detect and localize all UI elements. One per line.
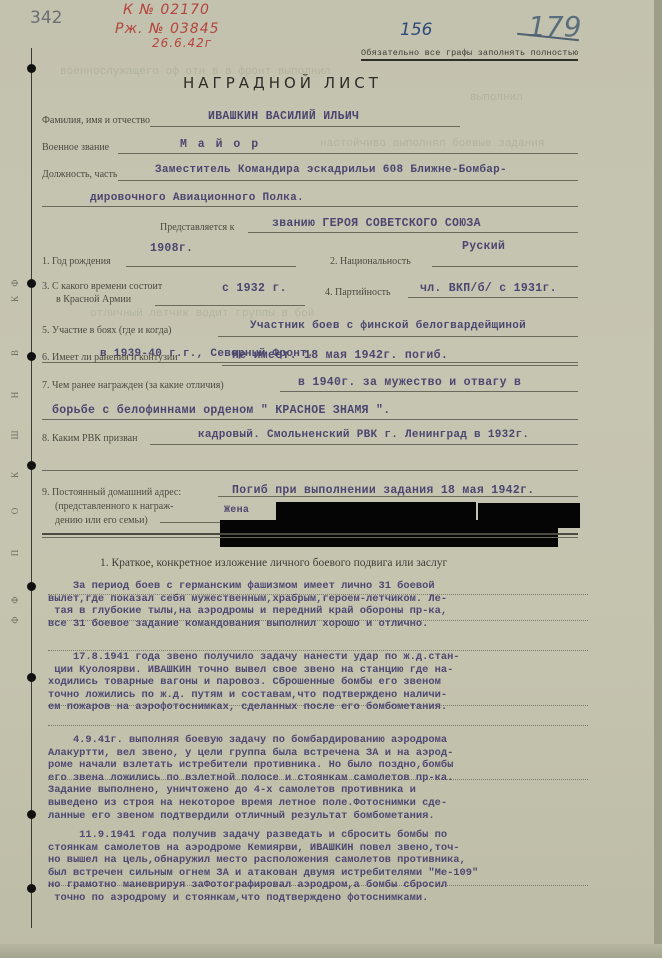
binding-hole <box>27 884 36 893</box>
page-number-ink: 156 <box>400 20 432 40</box>
paragraph: 17.8.1941 года звено получило задачу нан… <box>48 651 460 714</box>
position-value-line2: дировочного Авиационного Полка. <box>90 192 304 204</box>
binding-hole <box>27 279 36 288</box>
field-underline <box>222 365 578 366</box>
address-value-line2: Жена <box>224 505 249 516</box>
section-divider <box>42 537 578 538</box>
field-underline <box>118 180 578 181</box>
margin-letter: В <box>10 346 20 360</box>
margin-letter: К <box>10 468 20 482</box>
bleed-through: выполнил <box>470 92 523 104</box>
bleed-through: отличный летчик водит группы в бой <box>90 308 314 320</box>
field-underline <box>218 336 578 337</box>
field-underline <box>150 444 578 445</box>
margin-letter: Н <box>10 388 20 402</box>
birth-year-value: 1908г. <box>150 242 193 255</box>
army-since-label-cont: в Красной Армии <box>56 294 131 305</box>
army-since-label: 3. С какого времени состоит <box>42 281 162 292</box>
binding-hole <box>27 461 36 470</box>
battles-value-line1: Участник боев с финской белогвардейщиной <box>250 320 526 332</box>
binding-hole <box>27 352 36 361</box>
battles-label: 5. Участие в боях (где и когда) <box>42 325 172 336</box>
name-value: ИВАШКИН ВАСИЛИЙ ИЛЬИЧ <box>208 110 359 123</box>
field-underline <box>155 305 305 306</box>
rvk-label: 8. Каким РВК призван <box>42 433 137 444</box>
army-since-value: с 1932 г. <box>222 282 287 295</box>
birth-year-label: 1. Год рождения <box>42 256 111 267</box>
margin-letter: Ф <box>10 593 20 607</box>
address-label-cont2: дению или его семьи) <box>55 515 148 526</box>
rvk-value: кадровый. Смольненский РВК г. Ленинград … <box>198 429 529 441</box>
position-value-line1: Заместитель Командира эскадрильи 608 Бли… <box>155 164 507 176</box>
paragraph: 4.9.41г. выполняя боевую задачу по бомба… <box>48 734 453 822</box>
margin-letter: П <box>10 546 20 560</box>
margin-letter: Ш <box>10 428 20 442</box>
field-underline <box>248 232 578 233</box>
document-title: НАГРАДНОЙ ЛИСТ <box>183 74 382 92</box>
red-registration-note: К № 02170 <box>123 2 210 18</box>
bleed-through: настойчиво выполнял боевые задания <box>320 138 544 150</box>
red-registration-date: 26.6.42г <box>152 36 212 50</box>
binding-hole <box>27 673 36 682</box>
field-underline <box>118 153 578 154</box>
binding-hole <box>27 810 36 819</box>
awards-value-line1: в 1940г. за мужество и отвагу в <box>298 376 521 389</box>
section-heading: 1. Краткое, конкретное изложение личного… <box>100 557 447 569</box>
field-underline <box>280 391 578 392</box>
party-value: чл. ВКП/б/ с 1931г. <box>420 282 557 295</box>
field-underline <box>432 266 578 267</box>
address-label-cont: (представленного к награж- <box>55 501 173 512</box>
margin-letter: Ф <box>10 276 20 290</box>
archive-page-number: 342 <box>30 8 62 28</box>
field-underline <box>126 266 296 267</box>
ruled-line <box>48 725 588 726</box>
field-underline <box>42 470 578 471</box>
position-label: Должность, часть <box>42 169 117 180</box>
awards-value-line2: борьбе с белофиннами орденом " КРАСНОЕ З… <box>52 404 390 417</box>
form-instruction-notice: Обязательно все графы заполнять полность… <box>361 48 578 61</box>
field-underline <box>408 297 578 298</box>
paragraph: За период боев с германским фашизмом име… <box>48 580 447 630</box>
red-registration-note: Рж. № 03845 <box>115 21 220 37</box>
binding-margin-line <box>31 48 32 928</box>
page-edge-bottom <box>0 944 662 958</box>
nationality-label: 2. Национальность <box>330 256 411 267</box>
binding-hole <box>27 582 36 591</box>
rank-value: М а й о р <box>180 138 260 151</box>
field-underline <box>42 206 578 207</box>
margin-letter: О <box>10 504 20 518</box>
name-label: Фамилия, имя и отчество <box>42 115 150 126</box>
awards-label: 7. Чем ранее награжден (за какие отличия… <box>42 380 224 391</box>
margin-letter: К <box>10 292 20 306</box>
page-edge <box>654 0 662 958</box>
rank-label: Военное звание <box>42 142 109 153</box>
binding-hole <box>27 64 36 73</box>
party-label: 4. Партийность <box>325 287 391 298</box>
nominated-value: званию ГЕРОЯ СОВЕТСКОГО СОЮЗА <box>272 217 481 230</box>
award-sheet-page: военнослужащего оф отн в в фронт выполни… <box>0 0 662 958</box>
section-divider <box>42 533 578 535</box>
field-underline <box>42 419 578 420</box>
address-value-line1: Погиб при выполнении задания 18 мая 1942… <box>232 484 534 497</box>
wounds-value: Не имеет. 18 мая 1942г. погиб. <box>232 349 448 362</box>
paragraph: 11.9.1941 года получив задачу разведать … <box>48 829 478 905</box>
field-underline <box>150 126 460 127</box>
margin-letter: Ф <box>10 613 20 627</box>
address-label: 9. Постоянный домашний адрес: <box>42 487 181 498</box>
nationality-value: Руский <box>462 240 505 253</box>
wounds-label: 6. Имеет ли ранения и контузии <box>42 352 178 363</box>
nominated-label: Представляется к <box>160 222 235 233</box>
